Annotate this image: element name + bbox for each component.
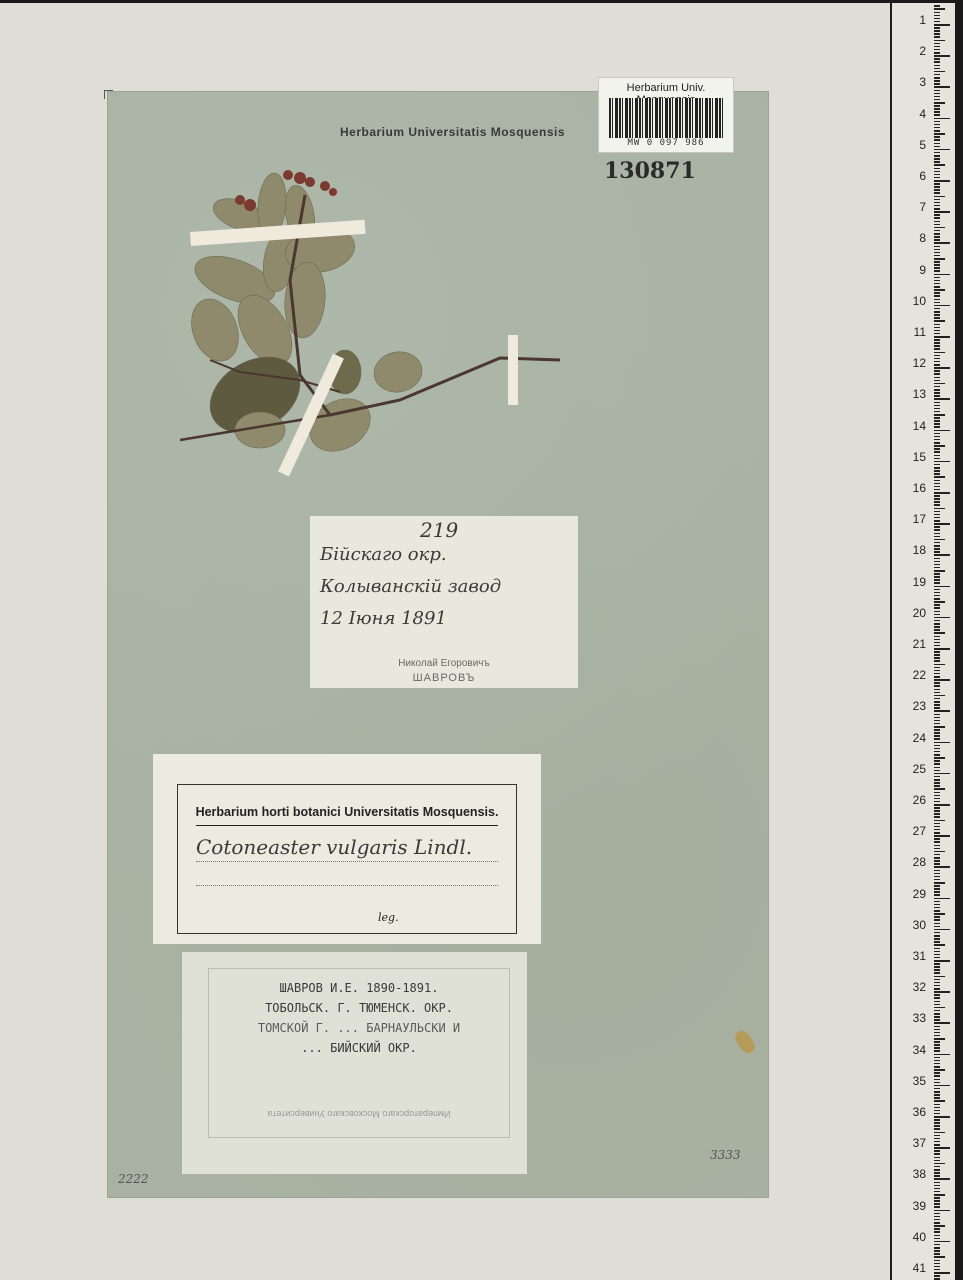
ruler-tick	[934, 888, 940, 890]
ruler-tick	[934, 473, 940, 475]
ruler-tick	[934, 1019, 940, 1021]
ruler-mark-label: 29	[898, 887, 926, 901]
ruler-tick	[934, 277, 940, 279]
ruler-tick	[934, 470, 940, 472]
ruler-tick	[934, 330, 940, 332]
ruler-tick	[934, 838, 940, 840]
ruler-mark-label: 4	[898, 107, 926, 121]
ruler-tick	[934, 1178, 950, 1180]
ruler-tick	[934, 370, 940, 372]
ruler-tick	[934, 1022, 950, 1024]
ruler-mark-label: 31	[898, 949, 926, 963]
ruler-tick	[934, 1072, 940, 1074]
ruler-tick	[934, 99, 940, 101]
ruler-tick	[934, 130, 940, 132]
ruler-tick	[934, 923, 940, 925]
ruler-tick	[934, 476, 945, 478]
ruler-tick	[934, 720, 940, 722]
collector-label: 219 Бiйскаго окр. Колыванскiй завод 12 I…	[310, 516, 578, 688]
ruler-tick	[934, 754, 940, 756]
ruler-mark-label: 16	[898, 481, 926, 495]
ruler-tick	[934, 573, 940, 575]
ruler-tick	[934, 848, 940, 850]
ruler-tick	[934, 1007, 945, 1009]
ruler-tick	[934, 757, 945, 759]
ruler-mark-label: 13	[898, 387, 926, 401]
ruler-mark-label: 39	[898, 1199, 926, 1213]
ruler-tick	[934, 654, 940, 656]
ruler-mark-label: 33	[898, 1011, 926, 1025]
ruler-tick	[934, 1197, 940, 1199]
ruler-tick	[934, 339, 940, 341]
ruler-tick	[934, 246, 940, 248]
ruler-tick	[934, 963, 940, 965]
ruler-tick	[934, 1094, 940, 1096]
ruler-tick	[934, 258, 945, 260]
ruler-tick	[934, 1216, 940, 1218]
ruler-tick	[934, 1231, 940, 1233]
ruler-tick	[934, 857, 940, 859]
ruler-mark-label: 23	[898, 699, 926, 713]
ruler-tick	[934, 52, 940, 54]
ruler-tick	[934, 74, 940, 76]
ruler-tick	[934, 333, 940, 335]
ruler-tick	[934, 695, 945, 697]
ruler-tick	[934, 907, 940, 909]
ruler-tick	[934, 224, 940, 226]
ruler-tick	[934, 367, 950, 369]
ruler-tick	[934, 483, 940, 485]
ruler-tick	[934, 352, 945, 354]
ruler-tick	[934, 36, 940, 38]
ruler-tick	[934, 826, 940, 828]
locality-line-2: Колыванскiй завод	[320, 576, 501, 597]
ruler-tick	[934, 12, 940, 14]
ruler-tick	[934, 311, 940, 313]
ruler-tick	[934, 1153, 940, 1155]
ruler-mark-label: 1	[898, 13, 926, 27]
ruler-tick	[934, 1088, 940, 1090]
ruler-tick	[934, 289, 945, 291]
ruler-tick	[934, 208, 940, 210]
ruler-tick	[934, 926, 940, 928]
ruler-tick	[934, 1157, 940, 1159]
ruler-tick	[934, 960, 950, 962]
locality-line-1: Бiйскаго окр.	[320, 544, 447, 565]
ruler-tick	[934, 760, 940, 762]
ruler-mark-label: 27	[898, 824, 926, 838]
ruler-tick	[934, 445, 945, 447]
ruler-tick	[934, 480, 940, 482]
ruler-tick	[934, 451, 940, 453]
dotted-line	[196, 885, 498, 886]
ruler-tick	[934, 1050, 940, 1052]
mounting-strip	[508, 335, 518, 405]
ruler-tick	[934, 1266, 940, 1268]
collector-surname: ШАВРОВЪ	[310, 672, 578, 684]
ruler-tick	[934, 813, 940, 815]
ruler-tick	[934, 264, 940, 266]
ruler-tick	[934, 554, 950, 556]
ruler-tick	[934, 664, 945, 666]
ruler-tick	[934, 77, 940, 79]
ruler-tick	[934, 68, 940, 70]
pencil-annotation-right: 3333	[710, 1148, 741, 1162]
ruler-tick	[934, 358, 940, 360]
collection-line-1: ШАВРОВ И.Е. 1890-1891.	[209, 981, 509, 995]
ruler-tick	[934, 823, 940, 825]
ruler-mark-label: 19	[898, 575, 926, 589]
ruler-tick	[934, 863, 940, 865]
ruler-tick	[934, 1116, 950, 1118]
ruler-tick	[934, 274, 950, 276]
ruler-tick	[934, 860, 940, 862]
ruler-tick	[934, 414, 945, 416]
ruler-mark-label: 6	[898, 169, 926, 183]
taxon-name: Cotoneaster vulgaris Lindl.	[196, 835, 472, 859]
ruler-tick	[934, 870, 940, 872]
ruler-tick	[934, 969, 940, 971]
mirrored-bleed-text: Императорскаго Московскаго Университета	[209, 1109, 509, 1119]
ruler-tick	[934, 342, 940, 344]
ruler-tick	[934, 511, 940, 513]
ruler-tick	[934, 105, 940, 107]
ruler-tick	[934, 402, 940, 404]
ruler-tick	[934, 504, 940, 506]
ruler-tick	[934, 792, 940, 794]
ruler-tick	[934, 161, 940, 163]
ruler-tick	[934, 1144, 940, 1146]
collection-line-3: ТОМСКОЙ Г. ... БАРНАУЛЬСКИ И	[209, 1021, 509, 1035]
ruler-tick	[934, 579, 940, 581]
ruler-tick	[934, 408, 940, 410]
ruler-tick	[934, 957, 940, 959]
ruler-tick	[934, 1125, 940, 1127]
ruler-tick	[934, 1185, 940, 1187]
ruler-tick	[934, 1256, 945, 1258]
ruler-tick	[934, 620, 940, 622]
ruler-tick	[934, 1032, 940, 1034]
ruler-tick	[934, 726, 945, 728]
ruler-tick	[934, 1222, 940, 1224]
ruler-tick	[934, 83, 940, 85]
ruler-tick	[934, 1001, 940, 1003]
ruler-mark-label: 9	[898, 263, 926, 277]
ruler-mark-label: 38	[898, 1167, 926, 1181]
barcode-icon	[609, 98, 723, 138]
ruler-tick	[934, 767, 940, 769]
ruler-tick	[934, 355, 940, 357]
ruler-mark-label: 11	[898, 325, 926, 339]
ruler-tick	[934, 1047, 940, 1049]
ruler-tick	[934, 43, 940, 45]
ruler-tick	[934, 611, 940, 613]
collection-line-2: ТОБОЛЬСК. Г. ТЮМЕНСК. ОКР.	[209, 1001, 509, 1015]
ruler-tick	[934, 561, 940, 563]
ruler-tick	[934, 1132, 945, 1134]
ruler-tick	[934, 292, 940, 294]
ruler-tick	[934, 685, 940, 687]
ruler-tick	[934, 717, 940, 719]
ruler-tick	[934, 196, 945, 198]
ruler-tick	[934, 492, 950, 494]
ruler-tick	[934, 111, 940, 113]
ruler-tick	[934, 1225, 945, 1227]
ruler-tick	[934, 171, 940, 173]
ruler-mark-label: 35	[898, 1074, 926, 1088]
ruler-tick	[934, 299, 940, 301]
ruler-tick	[934, 735, 940, 737]
ruler-tick	[934, 882, 945, 884]
pencil-annotation-left: 2222	[118, 1172, 149, 1186]
ruler-tick	[934, 536, 940, 538]
ruler-tick	[934, 529, 940, 531]
ruler-tick	[934, 1066, 940, 1068]
ruler-tick	[934, 879, 940, 881]
ruler-tick	[934, 932, 940, 934]
ruler-tick	[934, 570, 945, 572]
ruler-tick	[934, 1169, 940, 1171]
ruler-tick	[934, 542, 940, 544]
ruler-tick	[934, 979, 940, 981]
ruler-tick	[934, 745, 940, 747]
ruler-tick	[934, 227, 945, 229]
ruler-tick	[934, 1128, 940, 1130]
corner-mark-top-left	[104, 90, 113, 99]
ruler-tick	[934, 152, 940, 154]
ruler-tick	[934, 701, 940, 703]
ruler-tick	[934, 632, 945, 634]
ruler-tick	[934, 751, 940, 753]
ruler-tick	[934, 732, 940, 734]
ruler-tick	[934, 770, 940, 772]
ruler-tick	[934, 40, 945, 42]
ruler-mark-label: 5	[898, 138, 926, 152]
ruler-tick	[934, 1138, 940, 1140]
ruler-tick	[934, 186, 940, 188]
ruler-tick	[934, 820, 945, 822]
ruler-tick	[934, 1275, 940, 1277]
ruler-tick	[934, 1063, 940, 1065]
ruler-tick	[934, 723, 940, 725]
ruler-tick	[934, 916, 940, 918]
ruler-tick	[934, 508, 945, 510]
ruler-tick	[934, 302, 940, 304]
ruler-mark-label: 30	[898, 918, 926, 932]
ruler-tick	[934, 1107, 940, 1109]
ruler-tick	[934, 614, 940, 616]
ruler-tick	[934, 65, 940, 67]
ruler-tick	[934, 948, 940, 950]
ruler-tick	[934, 545, 940, 547]
ruler-tick	[934, 464, 940, 466]
accession-number: 130871	[604, 158, 696, 184]
ruler-tick	[934, 676, 940, 678]
ruler-tick	[934, 21, 940, 23]
leg-label: leg.	[378, 911, 399, 924]
ruler-mark-label: 24	[898, 731, 926, 745]
ruler-tick	[934, 763, 940, 765]
ruler-tick	[934, 498, 940, 500]
ruler-tick	[934, 33, 940, 35]
ruler-tick	[934, 1194, 945, 1196]
ruler-tick	[934, 788, 945, 790]
ruler-tick	[934, 442, 940, 444]
barcode-label: Herbarium Univ. Mosquensis MW 0 097 986	[598, 77, 734, 153]
ruler-tick	[934, 1188, 940, 1190]
ruler-mark-label: 15	[898, 450, 926, 464]
ruler-tick	[934, 919, 940, 921]
ruler-tick	[934, 102, 945, 104]
ruler-tick	[934, 1147, 950, 1149]
ruler-tick	[934, 829, 940, 831]
ruler-tick	[934, 495, 940, 497]
ruler-tick	[934, 657, 940, 659]
ruler-tick	[934, 816, 940, 818]
ruler-tick	[934, 526, 940, 528]
ruler-tick	[934, 58, 940, 60]
ruler-tick	[934, 1135, 940, 1137]
ruler-tick	[934, 1038, 945, 1040]
ruler-tick	[934, 214, 940, 216]
ruler-tick	[934, 183, 940, 185]
ruler-tick	[934, 1079, 940, 1081]
ruler-tick	[934, 841, 940, 843]
ruler-tick	[934, 1113, 940, 1115]
ruler-tick	[934, 1253, 940, 1255]
ruler-mark-label: 40	[898, 1230, 926, 1244]
ruler-mark-label: 12	[898, 356, 926, 370]
ruler-tick	[934, 1041, 940, 1043]
ruler-tick	[934, 189, 940, 191]
ruler-tick	[934, 851, 945, 853]
ruler-tick	[934, 598, 940, 600]
ruler-tick	[934, 146, 940, 148]
collector-number: 219	[420, 518, 458, 542]
ruler-tick	[934, 1029, 940, 1031]
ruler-tick	[934, 801, 940, 803]
ruler-tick	[934, 439, 940, 441]
ruler-tick	[934, 729, 940, 731]
ruler-tick	[934, 417, 940, 419]
ruler-tick	[934, 707, 940, 709]
ruler-tick	[934, 139, 940, 141]
ruler-tick	[934, 133, 945, 135]
collector-given-name: Николай Егоровичъ	[310, 658, 578, 669]
ruler-tick	[934, 845, 940, 847]
ruler-tick	[934, 670, 940, 672]
ruler-tick	[934, 776, 940, 778]
ruler-tick	[934, 455, 940, 457]
ruler-tick	[934, 233, 940, 235]
ruler-tick	[934, 901, 940, 903]
ruler-tick	[934, 398, 950, 400]
ruler-tick	[934, 582, 940, 584]
ruler-tick	[934, 1172, 940, 1174]
ruler-tick	[934, 1247, 940, 1249]
ruler-tick	[934, 411, 940, 413]
ruler-tick	[934, 692, 940, 694]
ruler-tick	[934, 49, 940, 51]
ruler-tick	[934, 114, 940, 116]
ruler-tick	[934, 430, 950, 432]
ruler-tick	[934, 149, 950, 151]
ruler-tick	[934, 486, 940, 488]
ruler-tick	[934, 93, 940, 95]
ruler-tick	[934, 997, 940, 999]
ruler-tick	[934, 1260, 940, 1262]
ruler-tick	[934, 377, 940, 379]
ruler-tick	[934, 617, 950, 619]
ruler-tick	[934, 18, 940, 20]
ruler-tick	[934, 642, 940, 644]
plant-specimen-image	[180, 160, 560, 480]
ruler-tick	[934, 314, 940, 316]
ruler-tick	[934, 991, 950, 993]
ruler-mark-label: 37	[898, 1136, 926, 1150]
ruler-tick	[934, 551, 940, 553]
ruler-tick	[934, 548, 940, 550]
ruler-tick	[934, 395, 940, 397]
barcode-number: MW 0 097 986	[599, 138, 733, 148]
ruler-tick	[934, 679, 950, 681]
ruler-tick	[934, 242, 950, 244]
determination-label: Herbarium horti botanici Universitatis M…	[153, 754, 541, 944]
ruler-tick	[934, 320, 945, 322]
ruler-tick	[934, 994, 940, 996]
ruler-tick	[934, 1060, 940, 1062]
ruler-tick	[934, 636, 940, 638]
collection-frame: ШАВРОВ И.Е. 1890-1891. ТОБОЛЬСК. Г. ТЮМЕ…	[208, 968, 510, 1138]
ruler-tick	[934, 1044, 940, 1046]
ruler-tick	[934, 1235, 940, 1237]
ruler-tick	[934, 373, 940, 375]
ruler-tick	[934, 324, 940, 326]
ruler-tick	[934, 976, 945, 978]
ruler-tick	[934, 270, 940, 272]
ruler-tick	[934, 305, 950, 307]
ruler-tick	[934, 458, 940, 460]
ruler-tick	[934, 1097, 940, 1099]
ruler-tick	[934, 629, 940, 631]
ruler-tick	[934, 710, 950, 712]
ruler-tick	[934, 854, 940, 856]
ruler-tick	[934, 876, 940, 878]
ruler-tick	[934, 795, 940, 797]
ruler-tick	[934, 280, 940, 282]
ruler-tick	[934, 8, 945, 10]
ruler-tick	[934, 873, 940, 875]
ruler-tick	[934, 1244, 940, 1246]
ruler-tick	[934, 1166, 940, 1168]
ruler-tick	[934, 348, 940, 350]
ruler-tick	[934, 168, 940, 170]
ruler-tick	[934, 1035, 940, 1037]
ruler-tick	[934, 941, 940, 943]
ruler-tick	[934, 667, 940, 669]
ruler-tick	[934, 966, 940, 968]
ruler-tick	[934, 261, 940, 263]
ruler-tick	[934, 607, 940, 609]
ruler-tick	[934, 143, 940, 145]
ruler-tick	[934, 623, 940, 625]
ruler-tick	[934, 639, 940, 641]
ruler-tick	[934, 118, 950, 120]
ruler-tick	[934, 592, 940, 594]
ruler-tick	[934, 448, 940, 450]
ruler-tick	[934, 576, 940, 578]
ruler-tick	[934, 1013, 940, 1015]
